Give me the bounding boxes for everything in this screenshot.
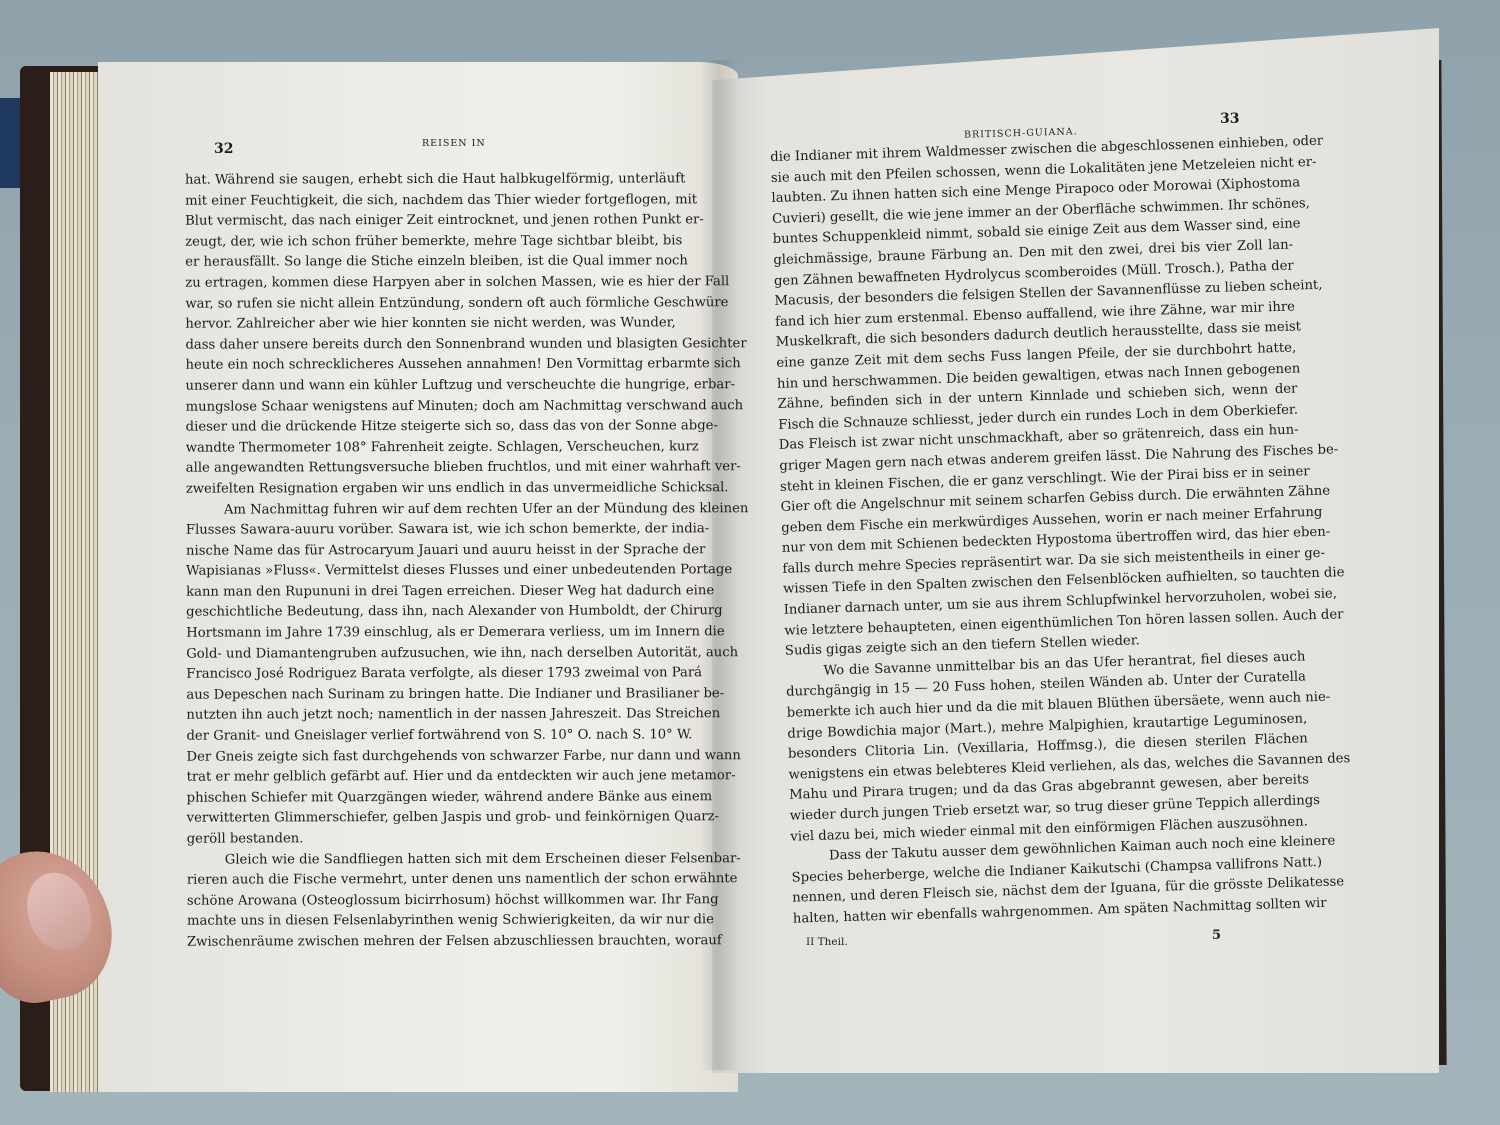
page-number-right: 33 (1220, 111, 1239, 127)
text-line: war, so rufen sie nicht allein Entzündun… (185, 293, 675, 315)
text-line: hat. Während sie saugen, erhebt sich die… (185, 169, 675, 191)
text-line: Gold- und Diamantengruben aufzusuchen, w… (186, 643, 676, 665)
text-line: Hortsmann im Jahre 1739 einschlug, als e… (186, 622, 676, 644)
text-line: dass daher unsere bereits durch den Sonn… (185, 334, 675, 356)
text-line: verwitterten Glimmerschiefer, gelben Jas… (187, 808, 677, 830)
text-line: mungslose Schaar wenigstens auf Minuten;… (186, 396, 676, 418)
text-line: Wapisianas »Fluss«. Vermittelst dieses F… (186, 561, 676, 583)
text-line: zu ertragen, kommen diese Harpyen aber i… (185, 272, 675, 294)
text-line: schöne Arowana (Osteoglossum bicirrhosum… (187, 890, 677, 912)
text-line: hervor. Zahlreicher aber wie hier konnte… (185, 314, 675, 336)
page-number-left: 32 (214, 141, 233, 157)
text-line: kann man den Rupununi in drei Tagen erre… (186, 581, 676, 603)
text-line: Blut vermischt, das nach einiger Zeit ei… (185, 211, 675, 233)
running-head-left: REISEN IN (422, 138, 486, 149)
text-line: Am Nachmittag fuhren wir auf dem rechten… (186, 499, 676, 521)
text-line: zeugt, der, wie ich schon früher bemerkt… (185, 231, 675, 253)
text-line: unserer dann und wann ein kühler Luftzug… (186, 375, 676, 397)
left-page-body: hat. Während sie saugen, erhebt sich die… (185, 169, 677, 953)
text-line: zweifelten Resignation ergaben wir uns e… (186, 478, 676, 500)
text-line: phischen Schiefer mit Quarzgängen wieder… (187, 787, 677, 809)
text-line: Flusses Sawara-auuru vorüber. Sawara ist… (186, 519, 676, 541)
text-line: dieser und die drückende Hitze steigerte… (186, 416, 676, 438)
text-line: geschichtliche Bedeutung, dass ihn, nach… (186, 602, 676, 624)
text-line: nutzten ihn auch jetzt noch; namentlich … (186, 705, 676, 727)
text-line: mit einer Feuchtigkeit, die sich, nachde… (185, 190, 675, 212)
text-line: rieren auch die Fische vermehrt, unter d… (187, 870, 677, 892)
text-line: alle angewandten Rettungsversuche bliebe… (186, 458, 676, 480)
text-line: machte uns in diesen Felsenlabyrinthen w… (187, 911, 677, 933)
text-line: Francisco José Rodriguez Barata verfolgt… (186, 664, 676, 686)
text-line: trat er mehr gelblich gefärbt auf. Hier … (187, 767, 677, 789)
text-line: aus Depeschen nach Surinam zu bringen ha… (186, 684, 676, 706)
text-line: heute ein noch schrecklicheres Aussehen … (185, 355, 675, 377)
footer-signature: 5 (1212, 928, 1221, 943)
text-line: Gleich wie die Sandfliegen hatten sich m… (187, 849, 677, 871)
footer-volume: II Theil. (806, 936, 848, 948)
text-line: der Granit- und Gneislager verlief fortw… (186, 725, 676, 747)
text-line: Zwischenräume zwischen mehren der Felsen… (187, 931, 677, 953)
text-line: geröll bestanden. (187, 828, 677, 850)
text-line: Der Gneis zeigte sich fast durchgehends … (186, 746, 676, 768)
text-line: nische Name das für Astrocaryum Jauari u… (186, 540, 676, 562)
text-line: wandte Thermometer 108° Fahrenheit zeigt… (186, 437, 676, 459)
right-page-body: die Indianer mit ihrem Waldmesser zwisch… (770, 133, 1313, 931)
text-line: er herausfällt. So lange die Stiche einz… (185, 252, 675, 274)
